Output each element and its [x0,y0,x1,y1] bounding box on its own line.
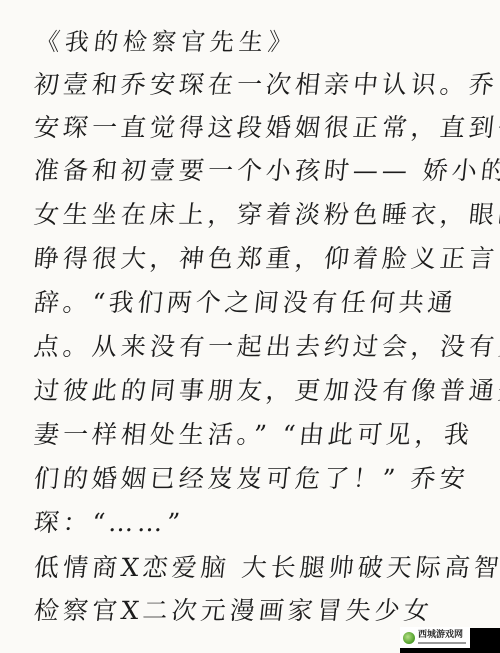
watermark-subline [418,642,466,644]
text-line-6: 辞。“我们两个之间没有任何共通 [33,290,458,315]
text-line-5: 睁得很大，神色郑重，仰着脸义正言 [33,246,500,271]
text-line-9: 妻一样相处生活。” “由此可见，我 [33,422,475,447]
watermark-text: 西城游戏网 [418,631,466,640]
text-line-8: 过彼此的同事朋友，更加没有像普通夫 [33,378,500,403]
black-bottom-band [400,648,500,653]
book-title: 《我的检察官先生》 [35,30,299,54]
text-line-3: 准备和初壹要一个小孩时—— 娇小的 [33,158,500,183]
tagline-line-2: 检察官X二次元漫画家冒失少女 [33,598,434,623]
text-line-1: 初壹和乔安琛在一次相亲中认识。乔 [33,72,500,97]
document-page: 《我的检察官先生》 初壹和乔安琛在一次相亲中认识。乔 安琛一直觉得这段婚姻很正常… [0,0,500,653]
text-line-10: 们的婚姻已经岌岌可危了！” 乔安 [33,466,470,491]
text-line-11: 琛：“……” [33,510,185,535]
text-line-7: 点。从来没有一起出去约过会，没有见 [33,334,500,359]
watermark-text-block: 西城游戏网 [418,631,466,644]
tagline-line-1: 低情商X恋爱脑 大长腿帅破天际高智商 [33,555,500,580]
text-line-4: 女生坐在床上，穿着淡粉色睡衣，眼睛 [33,202,500,227]
text-line-2: 安琛一直觉得这段婚姻很正常，直到他 [33,115,500,140]
site-watermark: 西城游戏网 [400,627,470,648]
leaf-logo-icon [403,632,415,644]
